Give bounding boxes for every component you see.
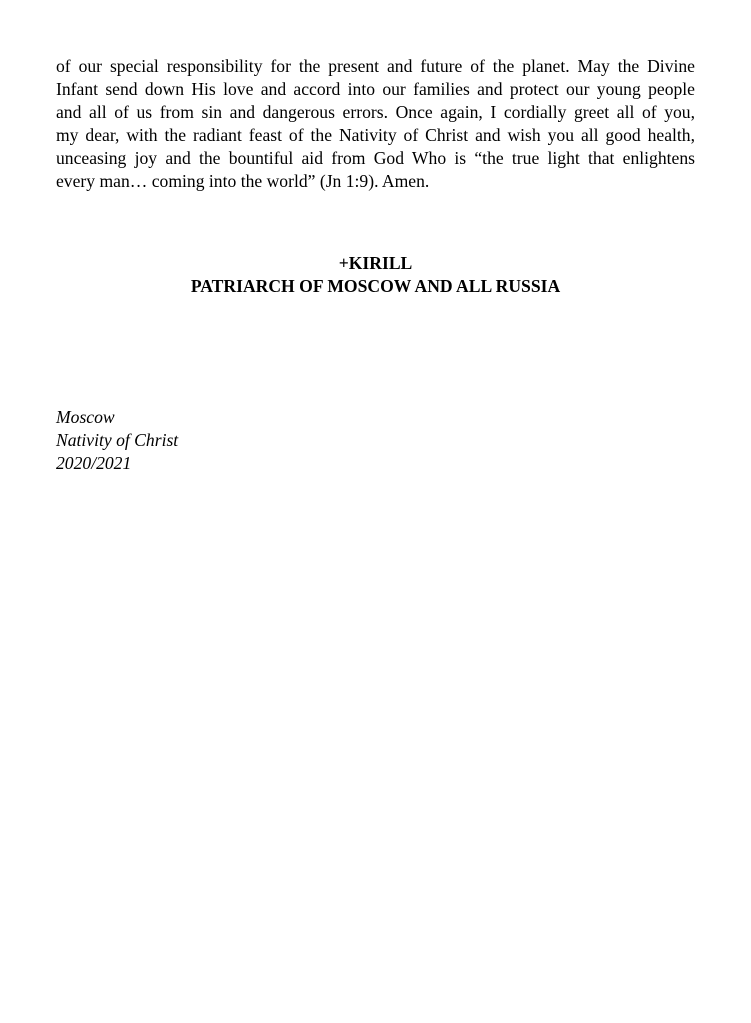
body-line: and all of us from sin and dangerous err…	[56, 101, 695, 124]
body-line: unceasing joy and the bountiful aid from…	[56, 147, 695, 170]
body-line: of our special responsibility for the pr…	[56, 55, 695, 78]
signature-block: +KIRILL PATRIARCH OF MOSCOW AND ALL RUSS…	[0, 252, 751, 298]
signature-title: PATRIARCH OF MOSCOW AND ALL RUSSIA	[0, 275, 751, 298]
place-date-block: Moscow Nativity of Christ 2020/2021	[56, 406, 178, 475]
place: Moscow	[56, 406, 178, 429]
occasion: Nativity of Christ	[56, 429, 178, 452]
body-line: every man… coming into the world” (Jn 1:…	[56, 170, 695, 193]
message-body: of our special responsibility for the pr…	[56, 55, 695, 193]
signature-name: +KIRILL	[0, 252, 751, 275]
body-line: my dear, with the radiant feast of the N…	[56, 124, 695, 147]
years: 2020/2021	[56, 452, 178, 475]
body-line: Infant send down His love and accord int…	[56, 78, 695, 101]
